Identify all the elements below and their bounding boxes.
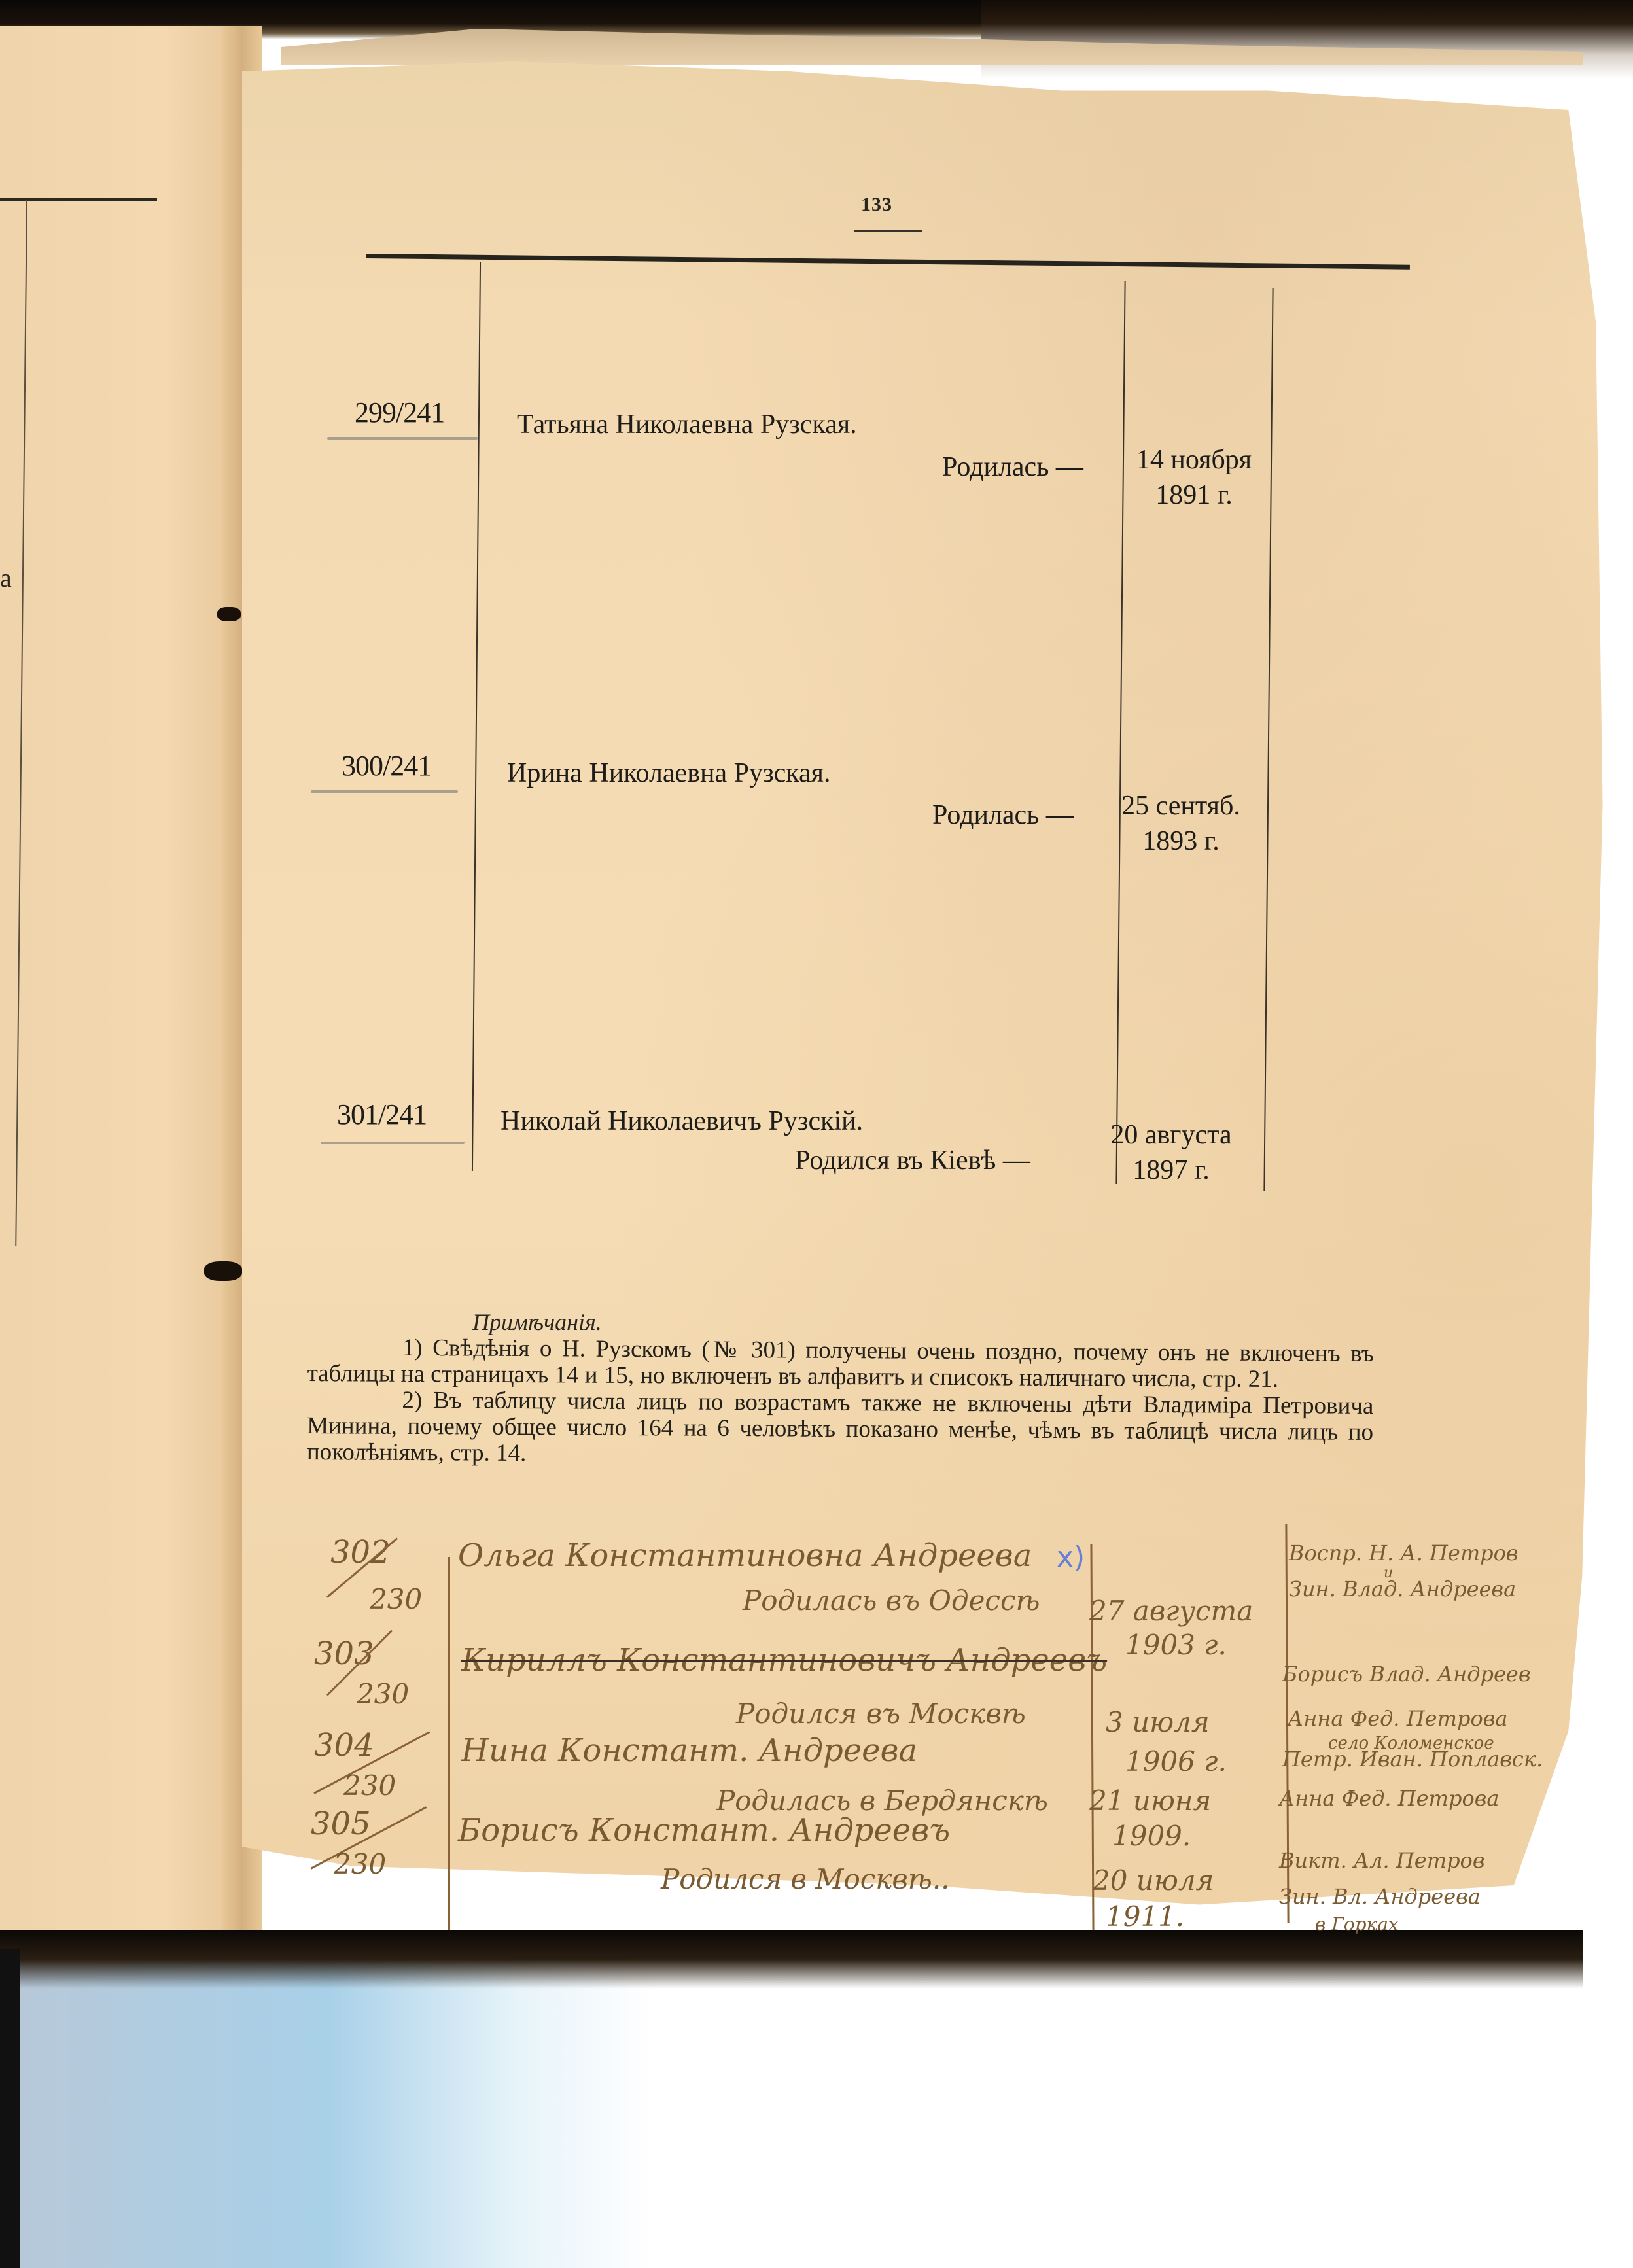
godparent: Воспр. Н. А. Петров: [1289, 1541, 1519, 1565]
entry-number: 301/241: [337, 1098, 427, 1131]
binding-hole: [217, 607, 241, 621]
godparent: Борисъ Влад. Андреев: [1282, 1662, 1530, 1686]
handwritten-date-year: 1906 г.: [1125, 1745, 1227, 1777]
godparent-location: в Горках: [1315, 1913, 1399, 1935]
entry-date: 25 сентяб. 1893 г.: [1106, 788, 1256, 859]
entry-date-day: 20 августа: [1093, 1117, 1250, 1153]
struck-name: Кириллъ Константиновичъ Андреевъ: [461, 1642, 1107, 1679]
left-page-fragment: [0, 26, 236, 1956]
handwritten-name: Нина Констант. Андреева: [461, 1732, 917, 1769]
handwritten-date-day: 21 июня: [1089, 1785, 1211, 1817]
pencil-underline: [311, 790, 458, 793]
page-number-rule: [854, 230, 922, 232]
godparent: Зин. Влад. Андреева: [1289, 1577, 1516, 1601]
entry-number: 300/241: [342, 749, 431, 782]
handwritten-parent-ref: 230: [370, 1583, 422, 1615]
handwritten-date-day: 27 августа: [1089, 1595, 1253, 1627]
binding-hole: [204, 1261, 242, 1281]
handwritten-date-year: 1903 г.: [1125, 1629, 1227, 1661]
godparent: Анна Фед. Петрова: [1279, 1786, 1499, 1811]
entry-birth-text: Родился въ Кіевѣ —: [795, 1145, 1030, 1176]
pencil-underline: [321, 1142, 465, 1144]
pencil-underline: [327, 437, 478, 440]
note-2: 2) Въ таблицу числа лицъ по возрастамъ т…: [307, 1387, 1374, 1472]
note-1: 1) Свѣдѣнія о Н. Рузскомъ (№ 301) получе…: [307, 1335, 1374, 1393]
page-number: 133: [861, 194, 892, 216]
entry-date: 20 августа 1897 г.: [1093, 1117, 1250, 1188]
godparent: Зин. Вл. Андреева: [1279, 1884, 1481, 1909]
left-page-text-fragment: а: [0, 563, 12, 593]
left-page-header-rule: [0, 198, 157, 201]
scanner-background-top-right: [981, 0, 1633, 79]
handwritten-parent-ref: 230: [343, 1770, 396, 1802]
handwritten-date-day: 3 июля: [1106, 1706, 1210, 1738]
entry-name: Николай Николаевичъ Рузскій.: [500, 1106, 863, 1137]
handwritten-entry-number: 305: [311, 1806, 371, 1842]
entry-date-day: 14 ноября: [1119, 442, 1269, 478]
handwritten-birth-text: Родился в Москвѣ..: [661, 1863, 950, 1895]
godparent: Анна Фед. Петрова: [1288, 1706, 1507, 1731]
entry-date-day: 25 сентяб.: [1106, 788, 1256, 824]
handwritten-entry-number: 304: [314, 1727, 374, 1764]
handwritten-name: Борисъ Констант. Андреевъ: [458, 1812, 950, 1849]
entry-name: Ирина Николаевна Рузская.: [507, 758, 830, 789]
godparent: Викт. Ал. Петров: [1279, 1848, 1484, 1873]
handwritten-column-line: [448, 1557, 450, 1930]
entry-date-year: 1893 г.: [1106, 824, 1256, 859]
notes-block: 1) Свѣдѣнія о Н. Рузскомъ (№ 301) получе…: [307, 1335, 1374, 1472]
handwritten-date-year: 1909.: [1112, 1820, 1191, 1852]
entry-date-year: 1891 г.: [1119, 478, 1269, 513]
entry-date-year: 1897 г.: [1093, 1153, 1250, 1188]
handwritten-parent-ref: 230: [357, 1678, 409, 1710]
handwritten-birth-text: Родился въ Москвѣ: [736, 1698, 1026, 1730]
handwritten-date-year: 1911.: [1106, 1900, 1184, 1932]
blue-pencil-mark: x): [1057, 1541, 1085, 1574]
scanner-edge: [0, 1949, 20, 2268]
entry-birth-text: Родилась —: [942, 451, 1083, 483]
handwritten-birth-text: Родилась въ Одессѣ: [743, 1584, 1040, 1616]
handwritten-entry-number: 303: [314, 1635, 374, 1672]
entry-date: 14 ноября 1891 г.: [1119, 442, 1269, 513]
handwritten-name: Кириллъ Константиновичъ Андреевъ: [461, 1642, 1107, 1679]
notes-title: Примѣчанія.: [472, 1308, 602, 1336]
handwritten-date-day: 20 июля: [1093, 1864, 1214, 1896]
scanner-shadow: [0, 1930, 1583, 1989]
entry-number: 299/241: [355, 396, 444, 429]
handwritten-parent-ref: 230: [334, 1848, 386, 1880]
entry-birth-text: Родилась —: [932, 799, 1074, 831]
handwritten-name: Ольга Константиновна Андреева: [458, 1537, 1032, 1574]
entry-name: Татьяна Николаевна Рузская.: [517, 409, 857, 440]
godparent: Петр. Иван. Поплавск.: [1282, 1747, 1543, 1771]
